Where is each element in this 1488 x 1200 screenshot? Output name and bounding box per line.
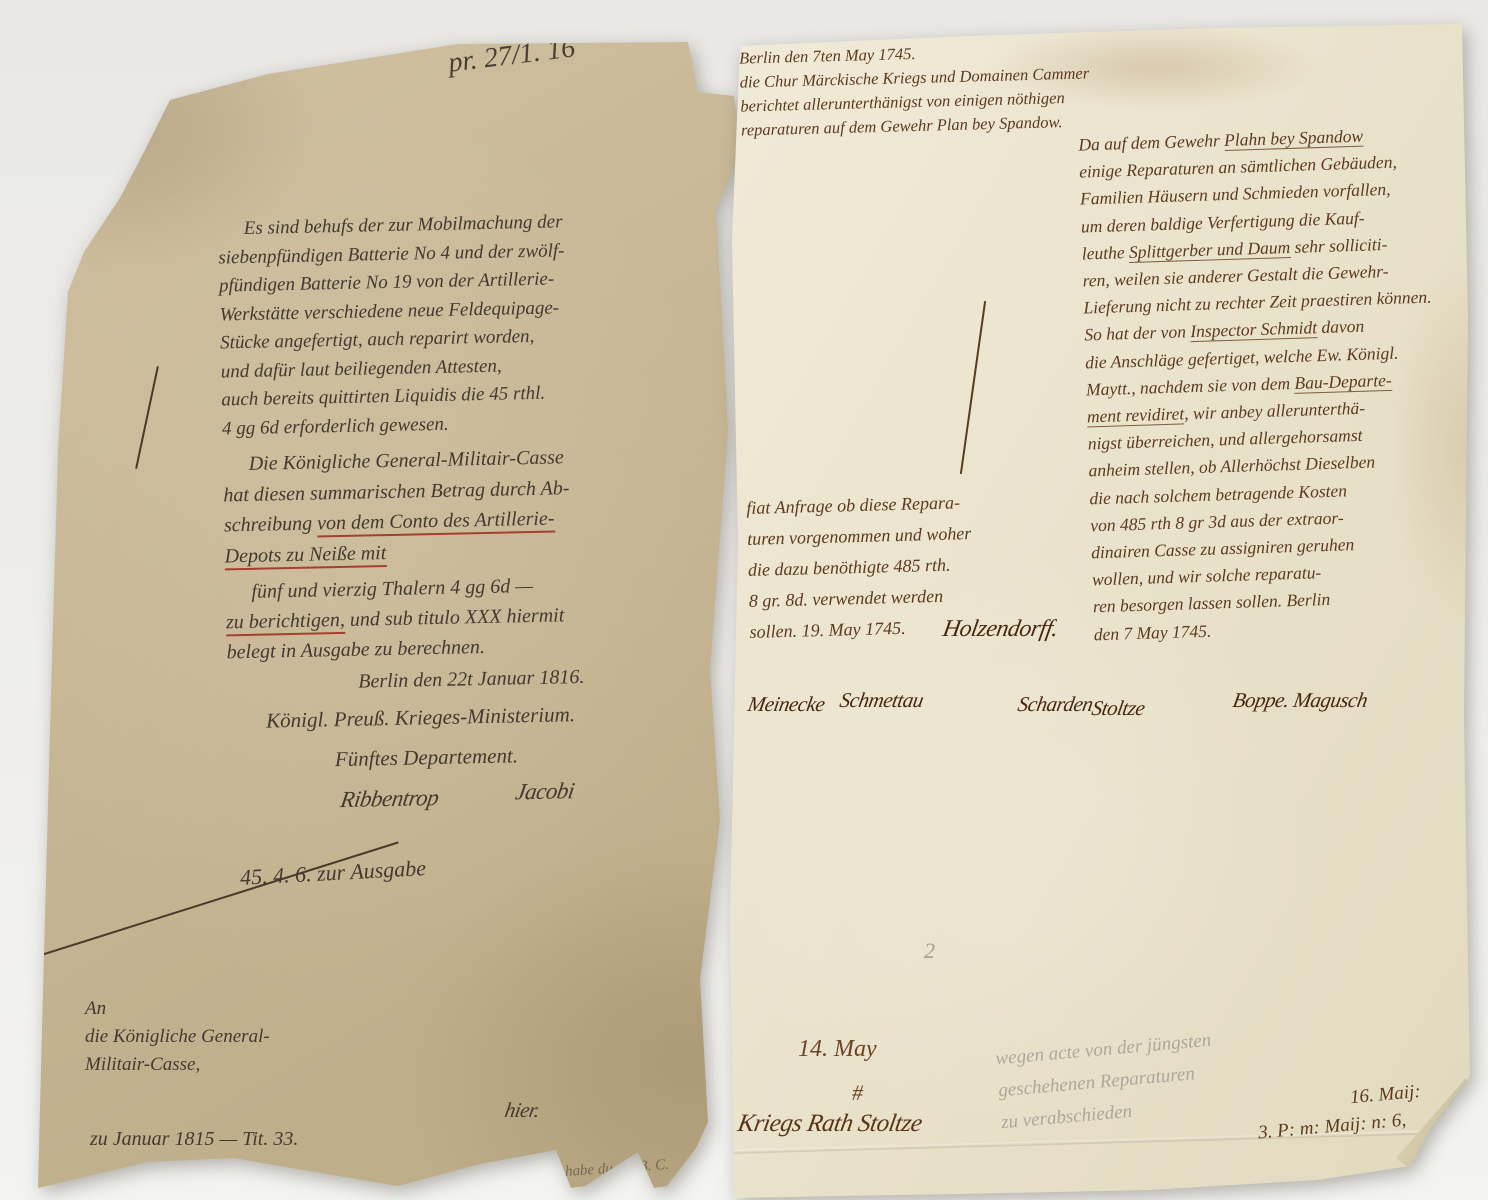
document-1745-report: Berlin den 7ten May 1745. die Chur Märck… xyxy=(718,20,1470,1200)
ink-underlined-text: ment revidiret xyxy=(1087,403,1185,427)
faint-pencil-note: wegen acte von der jüngsten geschehenen … xyxy=(994,1025,1218,1139)
report-header: Berlin den 7ten May 1745. die Chur Märck… xyxy=(739,37,1091,142)
line-segment: Da auf dem Gewehr xyxy=(1078,130,1224,155)
report-body: Da auf dem Gewehr Plahn bey Spandow eini… xyxy=(1078,121,1442,649)
response-date: 14. May xyxy=(798,1036,877,1063)
marginal-decree: fiat Anfrage ob diese Repara- turen vorg… xyxy=(746,487,974,648)
photo-background: pr. 27/1. 16 Es sind behufs der zur Mobi… xyxy=(0,0,1488,1200)
signature-schmettau: Schmettau xyxy=(838,688,925,713)
ink-underlined-text: Splittgerber und Daum xyxy=(1129,237,1291,263)
hash-mark: # xyxy=(852,1080,863,1106)
signature-scharden: Scharden xyxy=(1016,692,1095,717)
kriegsrath-stoltze-note: Kriegs Rath Stoltze xyxy=(736,1110,924,1138)
line-segment: , wir anbey allerunterthä- xyxy=(1184,398,1365,424)
line-segment: leuthe xyxy=(1081,242,1129,263)
signature-holzendorff: Holzendorff. xyxy=(941,616,1060,643)
handwriting-line: 8 gr. 8d. verwendet werden xyxy=(748,580,973,617)
corner-reference: 3. P: m: Maij: n: 6, xyxy=(1257,1110,1407,1145)
ink-underlined-text: Inspector Schmidt xyxy=(1190,318,1317,343)
corner-initials: cb xyxy=(1418,1160,1429,1175)
ink-underlined-text: Plahn bey Spandow xyxy=(1224,126,1364,151)
signature-stoltze: Stoltze xyxy=(1090,696,1147,721)
margin-pen-stroke xyxy=(960,301,986,475)
right-sheet-shadow: Berlin den 7ten May 1745. die Chur Märck… xyxy=(0,0,1488,1200)
corner-date: 16. Maij: xyxy=(1349,1081,1421,1109)
line-segment: Maytt., nachdem sie von dem xyxy=(1086,373,1295,400)
pencil-mark-2: 2 xyxy=(924,938,935,964)
line-segment: davon xyxy=(1317,316,1365,337)
line-segment: sehr solliciti- xyxy=(1290,234,1388,257)
signature-meinecke: Meinecke xyxy=(746,692,827,717)
line-segment: So hat der von xyxy=(1084,322,1191,345)
signature-boppe-magusch: Boppe. Magusch xyxy=(1231,688,1370,713)
ink-underlined-text: Bau-Departe- xyxy=(1294,370,1392,394)
